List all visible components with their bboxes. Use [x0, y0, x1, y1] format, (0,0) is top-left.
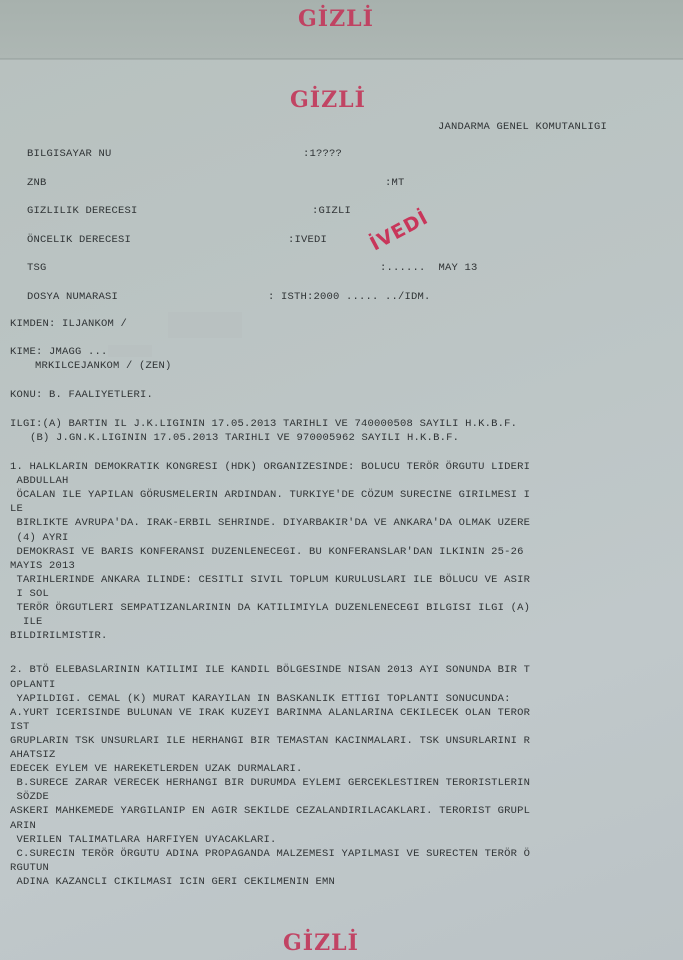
- field-value-classification: :GIZLI: [312, 205, 351, 217]
- redaction-box: [168, 312, 242, 338]
- body-line: LE: [10, 503, 23, 515]
- body-line: ADINA KAZANCLI CIKILMASI ICIN GERI CEKIL…: [10, 876, 335, 888]
- body-line: AHATSIZ: [10, 749, 56, 761]
- redaction-box: [108, 345, 152, 357]
- body-line: RGUTUN: [10, 862, 49, 874]
- field-label-tsg: TSG: [27, 262, 47, 274]
- field-value-tsg: :...... MAY 13: [380, 262, 478, 274]
- body-line: ÖCALAN ILE YAPILAN GÖRUSMELERIN ARDINDAN…: [10, 489, 530, 501]
- body-line: ARIN: [10, 820, 36, 832]
- body-line: 1. HALKLARIN DEMOKRATIK KONGRESI (HDK) O…: [10, 461, 530, 473]
- reference-a: ILGI:(A) BARTIN IL J.K.LIGININ 17.05.201…: [10, 418, 517, 430]
- body-line: I SOL: [10, 588, 49, 600]
- field-value-znb: :MT: [385, 177, 405, 189]
- field-label-classification: GIZLILIK DERECESI: [27, 205, 138, 217]
- body-line: MAYIS 2013: [10, 560, 75, 572]
- field-label-znb: ZNB: [27, 177, 47, 189]
- body-line: A.YURT ICERISINDE BULUNAN VE IRAK KUZEYI…: [10, 707, 530, 719]
- body-line: YAPILDIGI. CEMAL (K) MURAT KARAYILAN IN …: [10, 693, 511, 705]
- to-line-1: KIME: JMAGG ....: [10, 346, 114, 358]
- body-line: B.SURECE ZARAR VERECEK HERHANGI BIR DURU…: [10, 777, 530, 789]
- classification-stamp-top: GİZLİ: [298, 6, 374, 32]
- body-line: VERILEN TALIMATLARA HARFIYEN UYACAKLARI.: [10, 834, 277, 846]
- field-value-priority: :IVEDI: [288, 234, 327, 246]
- classification-stamp-page: GİZLİ: [290, 87, 366, 113]
- body-line: BIRLIKTE AVRUPA'DA. IRAK-ERBIL SEHRINDE.…: [10, 517, 530, 529]
- field-label-file-number: DOSYA NUMARASI: [27, 291, 118, 303]
- field-label-computer-no: BILGISAYAR NU: [27, 148, 112, 160]
- to-line-2: MRKILCEJANKOM / (ZEN): [35, 360, 172, 372]
- body-line: EDECEK EYLEM VE HAREKETLERDEN UZAK DURMA…: [10, 763, 303, 775]
- body-line: ASKERI MAHKEMEDE YARGILANIP EN AGIR SEKI…: [10, 805, 530, 817]
- subject-line: KONU: B. FAALIYETLERI.: [10, 389, 153, 401]
- body-line: C.SURECIN TERÖR ÖRGUTU ADINA PROPAGANDA …: [10, 848, 530, 860]
- organization-header: JANDARMA GENEL KOMUTANLIGI: [438, 121, 607, 133]
- body-line: BILDIRILMISTIR.: [10, 630, 108, 642]
- body-line: TARIHLERINDE ANKARA ILINDE: CESITLI SIVI…: [10, 574, 530, 586]
- body-line: DEMOKRASI VE BARIS KONFERANSI DUZENLENEC…: [10, 546, 524, 558]
- field-value-file-number: : ISTH:2000 ..... ../IDM.: [268, 291, 431, 303]
- from-line: KIMDEN: ILJANKOM /: [10, 318, 127, 330]
- body-line: (4) AYRI: [10, 532, 69, 544]
- classification-stamp-bottom: GİZLİ: [283, 930, 359, 956]
- body-line: OPLANTI: [10, 679, 56, 691]
- reference-b: (B) J.GN.K.LIGININ 17.05.2013 TARIHLI VE…: [30, 432, 459, 444]
- body-line: TERÖR ÖRGUTLERI SEMPATIZANLARININ DA KAT…: [10, 602, 530, 614]
- document-page: [0, 60, 683, 960]
- body-line: SÖZDE: [10, 791, 49, 803]
- body-line: ILE: [10, 616, 43, 628]
- body-line: GRUPLARIN TSK UNSURLARI ILE HERHANGI BIR…: [10, 735, 530, 747]
- field-label-priority: ÖNCELIK DERECESI: [27, 234, 131, 246]
- field-value-computer-no: :1????: [303, 148, 342, 160]
- body-line: ABDULLAH: [10, 475, 69, 487]
- body-line: 2. BTÖ ELEBASLARININ KATILIMI ILE KANDIL…: [10, 664, 530, 676]
- body-line: IST: [10, 721, 30, 733]
